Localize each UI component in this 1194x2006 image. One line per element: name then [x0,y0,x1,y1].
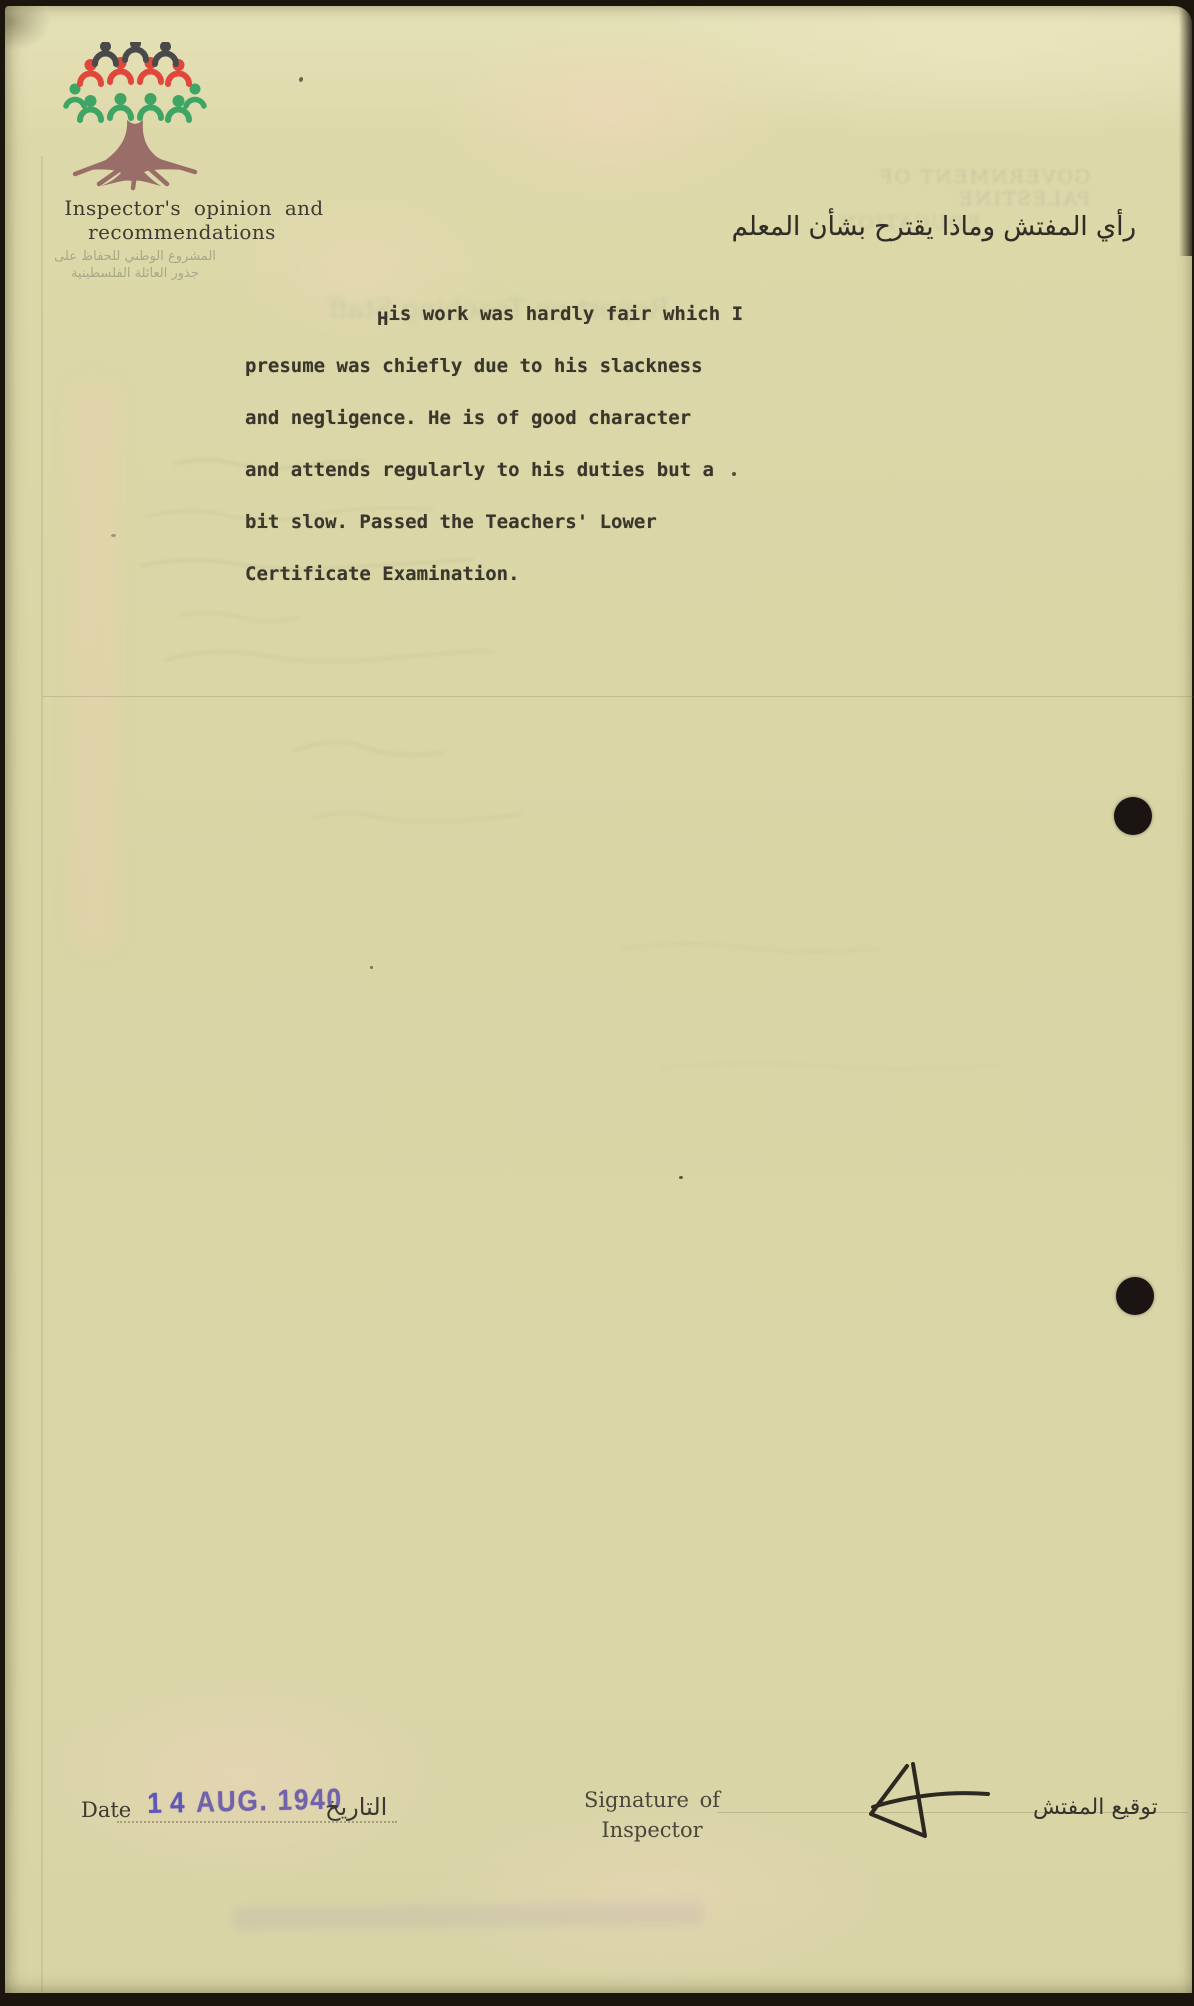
paper-pink-streak [72,381,118,951]
signature-of-inspector-label: Signature of Inspector [575,1785,729,1845]
hole-punch-top [1114,797,1152,835]
bleedthrough-government-header: GOVERNMENT OF PALESTINE [778,166,1090,210]
paper-speck [679,1176,683,1179]
inspectors-opinion-label: Inspector's opinion and recommendations [63,196,325,244]
signature-label-line2: Inspector [575,1815,729,1845]
date-stamp-month-year: AUG. 1940 [196,1783,343,1818]
typed-line: presume was chiefly due to his slackness [245,340,830,392]
typewritten-remarks: His work was hardly fair which I presume… [245,288,830,600]
paper-speck [298,76,303,82]
signature-label-line1: Signature of [575,1785,729,1815]
dropped-capital: H [377,293,388,345]
family-tree-logo-icon [63,42,208,192]
paper-crease [41,156,43,1993]
typed-line: bit slow. Passed the Teachers' Lower [245,496,830,548]
typed-line: Certificate Examination. [245,548,830,600]
watermark-line1: المشروع الوطني للحفاظ على [51,248,219,265]
archive-watermark-text: المشروع الوطني للحفاظ على جذور العائلة ا… [51,248,219,282]
scanned-document-page: { "header": { "opinion_label_line1": "In… [0,0,1194,2006]
typed-line1-rest: is work was hardly fair which I [388,303,743,325]
paper-speck [732,472,736,476]
hole-punch-bottom [1116,1277,1154,1315]
paper-speck [370,966,373,969]
signature-label-arabic: توقيع المفتش [1033,1795,1158,1820]
bleedthrough-stamp-smudge [233,1902,703,1931]
typed-line: His work was hardly fair which I [245,288,830,340]
paper-speck [111,534,116,537]
arabic-section-title: رأي المفتش وماذا يقترح بشأن المعلم [732,212,1136,242]
inspector-signature [863,1760,998,1845]
typed-line: and attends regularly to his duties but … [245,444,830,496]
date-stamp-day: 14 [147,1787,193,1820]
faint-horizontal-rule [43,696,1193,697]
date-stamp: 14AUG. 1940 [147,1783,343,1821]
paper-sheet: Inspector's opinion and recommendations … [5,6,1192,1993]
watermark-line2: جذور العائلة الفلسطينية [51,265,219,282]
typed-line: and negligence. He is of good character [245,392,830,444]
opinion-label-line2: recommendations [51,220,313,244]
opinion-label-line1: Inspector's opinion and [63,196,325,220]
scan-edge-shadow [1179,6,1192,256]
date-label-arabic: التاريخ [325,1793,387,1821]
